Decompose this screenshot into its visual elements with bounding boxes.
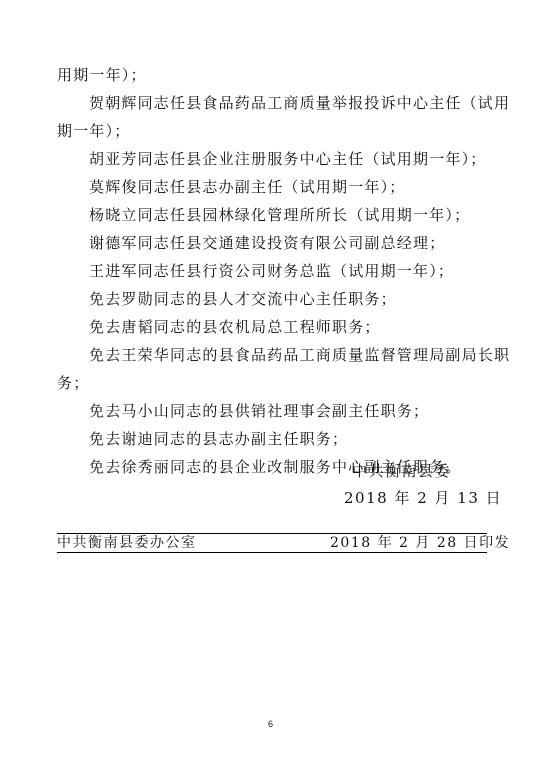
footer-print-date: 2018 年 2 月 28 日印发 xyxy=(330,535,510,551)
body-line: 务； xyxy=(57,374,89,392)
body-line: 贺朝辉同志任县食品药品工商质量举报投诉中心主任（试用 xyxy=(89,94,510,112)
footer-top-rule xyxy=(57,533,487,534)
body-line: 期一年）； xyxy=(57,122,131,140)
signature-org: 中共衡南县委 xyxy=(352,462,451,480)
body-line: 谢德军同志任县交通建设投资有限公司副总经理； xyxy=(89,234,445,252)
body-line: 胡亚芳同志任县企业注册服务中心主任（试用期一年）； xyxy=(89,150,487,168)
body-line: 用期一年）； xyxy=(57,66,147,84)
body-line: 杨晓立同志任县园林绿化管理所所长（试用期一年）； xyxy=(89,206,470,224)
body-line: 免去谢迪同志的县志办副主任职务； xyxy=(89,430,348,448)
signature-date: 2018 年 2 月 13 日 xyxy=(344,489,502,507)
body-line: 王进军同志任县行资公司财务总监（试用期一年）； xyxy=(89,262,454,280)
footer-issuer: 中共衡南县委办公室 xyxy=(57,535,197,551)
body-line: 免去罗勋同志的县人才交流中心主任职务； xyxy=(89,290,397,308)
footer-bottom-rule xyxy=(57,552,487,553)
body-line: 免去唐韬同志的县农机局总工程师职务； xyxy=(89,318,381,336)
page-number: 6 xyxy=(268,719,273,729)
body-line: 免去王荣华同志的县食品药品工商质量监督管理局副局长职 xyxy=(89,346,510,364)
body-line: 莫辉俊同志任县志办副主任（试用期一年）； xyxy=(89,178,406,196)
body-line: 免去马小山同志的县供销社理事会副主任职务； xyxy=(89,402,429,420)
